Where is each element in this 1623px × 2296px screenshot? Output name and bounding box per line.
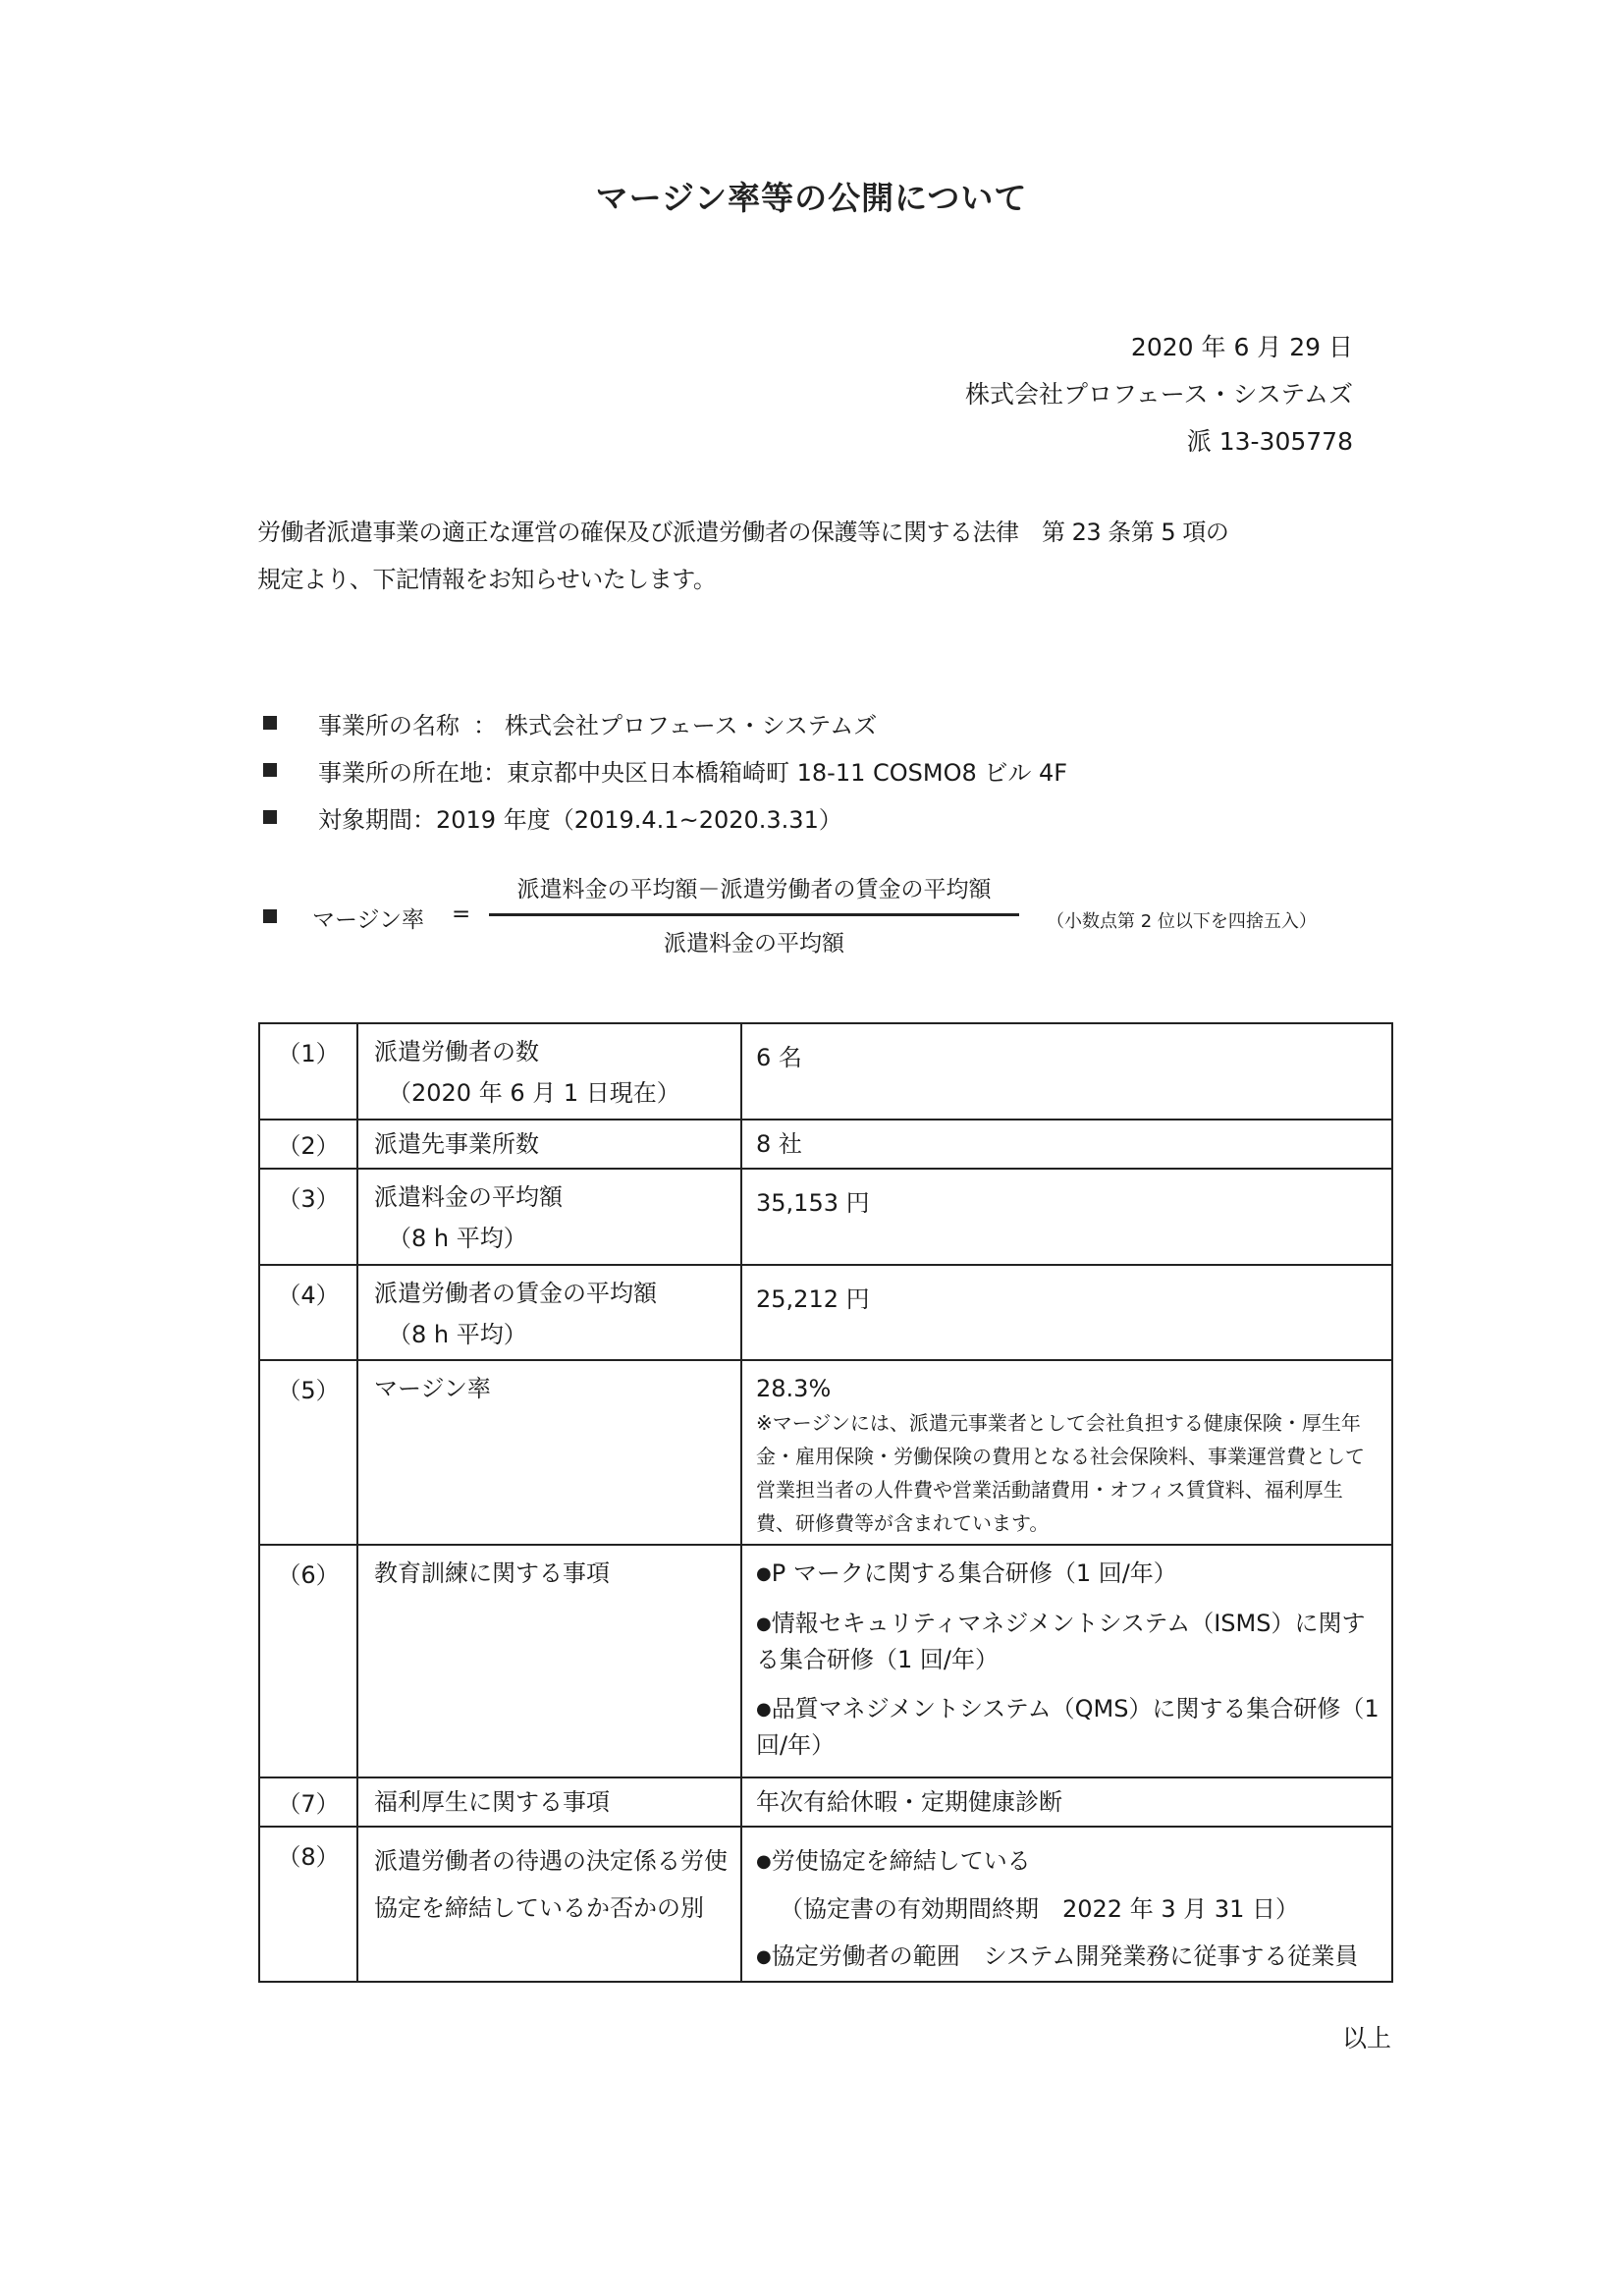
- row-item: 派遣労働者の待遇の決定係る労使協定を締結しているか否かの別: [357, 1827, 741, 1982]
- formula-equals: =: [452, 902, 470, 927]
- row-value: 25,212 円: [741, 1265, 1392, 1360]
- issuer-block: 2020 年 6 月 29 日 株式会社プロフェース・システムズ 派 13-30…: [965, 324, 1353, 465]
- summary-list: 事業所の名称 ： 株式会社プロフェース・システムズ 事業所の所在地 ： 東京都中…: [263, 699, 1067, 841]
- row-item: 派遣労働者の賃金の平均額 （8 h 平均）: [357, 1265, 741, 1360]
- formula-fraction: 派遣料金の平均額－派遣労働者の賃金の平均額 派遣料金の平均額: [489, 872, 1019, 965]
- row-item: 派遣料金の平均額 （8 h 平均）: [357, 1169, 741, 1265]
- closing-mark: 以上: [1342, 2019, 1391, 2054]
- item-sub: （8 h 平均）: [374, 1215, 740, 1262]
- page-title: マージン率等の公開について: [0, 173, 1623, 219]
- row-value: 年次有給休暇・定期健康診断: [741, 1777, 1392, 1827]
- agreement-scope-text: 協定労働者の範囲 システム開発業務に従事する従業員: [772, 1942, 1359, 1970]
- table-row: （8） 派遣労働者の待遇の決定係る労使協定を締結しているか否かの別 ●労使協定を…: [259, 1827, 1392, 1982]
- row-item: 教育訓練に関する事項: [357, 1545, 741, 1777]
- agreement-item: ●労使協定を締結している: [756, 1837, 1391, 1886]
- square-bullet-icon: [263, 909, 277, 923]
- row-number: （5）: [259, 1360, 357, 1545]
- agreement-term: （協定書の有効期間終期 2022 年 3 月 31 日）: [756, 1886, 1391, 1933]
- license-number: 派 13-305778: [965, 418, 1353, 465]
- training-item: ●品質マネジメントシステム（QMS）に関する集合研修（1 回/年）: [756, 1691, 1391, 1763]
- training-item: ●情報セキュリティマネジメントシステム（ISMS）に関する集合研修（1 回/年）: [756, 1606, 1391, 1677]
- table-row: （1） 派遣労働者の数 （2020 年 6 月 1 日現在） 6 名: [259, 1023, 1392, 1120]
- row-item: マージン率: [357, 1360, 741, 1545]
- table-row: （2） 派遣先事業所数 8 社: [259, 1120, 1392, 1169]
- row-number: （6）: [259, 1545, 357, 1777]
- table-row: （7） 福利厚生に関する事項 年次有給休暇・定期健康診断: [259, 1777, 1392, 1827]
- formula-note: （小数点第 2 位以下を四捨五入）: [1047, 907, 1317, 933]
- square-bullet-icon: [263, 810, 277, 824]
- margin-note: ※マージンには、派遣元事業者として会社負担する健康保険・厚生年金・雇用保険・労働…: [756, 1406, 1391, 1540]
- square-bullet-icon: [263, 716, 277, 730]
- dot-bullet-icon: ●: [756, 1563, 772, 1584]
- summary-label: 事業所の名称: [318, 706, 460, 740]
- margin-formula: マージン率 = 派遣料金の平均額－派遣労働者の賃金の平均額 派遣料金の平均額 （…: [263, 872, 1441, 970]
- summary-label: 対象期間: [318, 800, 412, 835]
- info-table: （1） 派遣労働者の数 （2020 年 6 月 1 日現在） 6 名 （2） 派…: [258, 1022, 1393, 1983]
- row-number: （3）: [259, 1169, 357, 1265]
- summary-separator: ：: [473, 706, 497, 740]
- intro-line-1: 労働者派遣事業の適正な運営の確保及び派遣労働者の保護等に関する法律 第 23 条…: [257, 509, 1386, 556]
- summary-value: 株式会社プロフェース・システムズ: [505, 706, 877, 740]
- item-label: 派遣料金の平均額: [374, 1179, 740, 1215]
- summary-value: 2019 年度（2019.4.1~2020.3.31）: [436, 800, 842, 835]
- row-number: （8）: [259, 1827, 357, 1982]
- item-label: マージン率: [374, 1371, 740, 1406]
- row-value: 6 名: [741, 1023, 1392, 1120]
- row-value: 28.3% ※マージンには、派遣元事業者として会社負担する健康保険・厚生年金・雇…: [741, 1360, 1392, 1545]
- summary-office-address: 事業所の所在地 ： 東京都中央区日本橋箱崎町 18-11 COSMO8 ビル 4…: [263, 746, 1067, 793]
- summary-label: 事業所の所在地: [318, 753, 483, 788]
- item-label: 教育訓練に関する事項: [374, 1556, 740, 1591]
- dot-bullet-icon: ●: [756, 1613, 772, 1634]
- margin-rate-value: 28.3%: [756, 1371, 1391, 1406]
- item-sub: （8 h 平均）: [374, 1311, 740, 1358]
- row-number: （1）: [259, 1023, 357, 1120]
- intro-line-2: 規定より、下記情報をお知らせいたします。: [257, 556, 1386, 603]
- formula-label: マージン率: [312, 902, 424, 934]
- row-item: 福利厚生に関する事項: [357, 1777, 741, 1827]
- table-row: （6） 教育訓練に関する事項 ●P マークに関する集合研修（1 回/年） ●情報…: [259, 1545, 1392, 1777]
- row-value: 8 社: [741, 1120, 1392, 1169]
- training-item: ●P マークに関する集合研修（1 回/年）: [756, 1556, 1391, 1592]
- agreement-scope: ●協定労働者の範囲 システム開発業務に従事する従業員: [756, 1933, 1391, 1981]
- summary-separator: ：: [412, 800, 436, 835]
- row-value: 35,153 円: [741, 1169, 1392, 1265]
- item-sub: （2020 年 6 月 1 日現在）: [374, 1069, 740, 1117]
- row-item: 派遣労働者の数 （2020 年 6 月 1 日現在）: [357, 1023, 741, 1120]
- item-label: 派遣労働者の数: [374, 1034, 740, 1069]
- formula-numerator: 派遣料金の平均額－派遣労働者の賃金の平均額: [489, 872, 1019, 911]
- dot-bullet-icon: ●: [756, 1946, 772, 1967]
- agreement-text: 労使協定を締結している: [772, 1847, 1031, 1875]
- issue-date: 2020 年 6 月 29 日: [965, 324, 1353, 371]
- training-text: 品質マネジメントシステム（QMS）に関する集合研修（1 回/年）: [756, 1695, 1380, 1759]
- row-number: （2）: [259, 1120, 357, 1169]
- summary-value: 東京都中央区日本橋箱崎町 18-11 COSMO8 ビル 4F: [507, 753, 1067, 788]
- summary-office-name: 事業所の名称 ： 株式会社プロフェース・システムズ: [263, 699, 1067, 746]
- company-name: 株式会社プロフェース・システムズ: [965, 371, 1353, 418]
- row-value: ●P マークに関する集合研修（1 回/年） ●情報セキュリティマネジメントシステ…: [741, 1545, 1392, 1777]
- row-item: 派遣先事業所数: [357, 1120, 741, 1169]
- dot-bullet-icon: ●: [756, 1699, 772, 1720]
- summary-period: 対象期間 ： 2019 年度（2019.4.1~2020.3.31）: [263, 793, 1067, 841]
- row-number: （4）: [259, 1265, 357, 1360]
- table-row: （3） 派遣料金の平均額 （8 h 平均） 35,153 円: [259, 1169, 1392, 1265]
- fraction-bar: [489, 913, 1019, 916]
- summary-separator: ：: [483, 753, 507, 788]
- table-row: （5） マージン率 28.3% ※マージンには、派遣元事業者として会社負担する健…: [259, 1360, 1392, 1545]
- row-value: ●労使協定を締結している （協定書の有効期間終期 2022 年 3 月 31 日…: [741, 1827, 1392, 1982]
- formula-denominator: 派遣料金の平均額: [489, 926, 1019, 965]
- table-row: （4） 派遣労働者の賃金の平均額 （8 h 平均） 25,212 円: [259, 1265, 1392, 1360]
- training-text: 情報セキュリティマネジメントシステム（ISMS）に関する集合研修（1 回/年）: [756, 1610, 1365, 1673]
- training-text: P マークに関する集合研修（1 回/年）: [772, 1559, 1177, 1587]
- row-number: （7）: [259, 1777, 357, 1827]
- item-label: 派遣労働者の賃金の平均額: [374, 1276, 740, 1311]
- dot-bullet-icon: ●: [756, 1851, 772, 1872]
- square-bullet-icon: [263, 763, 277, 777]
- intro-paragraph: 労働者派遣事業の適正な運営の確保及び派遣労働者の保護等に関する法律 第 23 条…: [257, 509, 1386, 603]
